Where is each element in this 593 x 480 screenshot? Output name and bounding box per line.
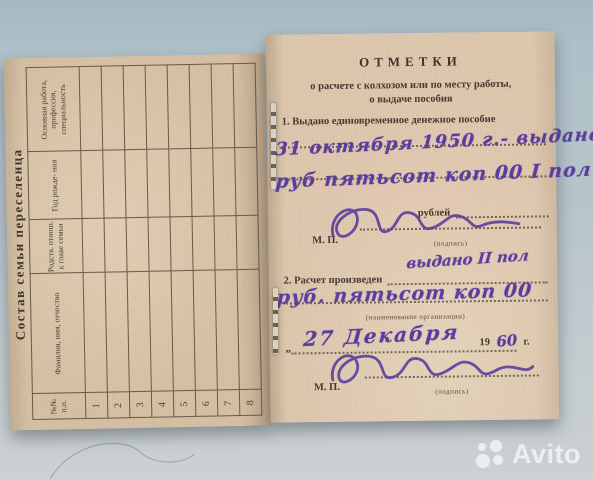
family-table: №№ п.п. Фамилия, имя, отчество Родств. о… [26, 63, 263, 420]
section1-label: 1. Выдано единовременное денежное пособи… [282, 114, 496, 128]
row-number: 1 [85, 393, 107, 419]
handwriting-date-issued: 31 октября 1950 г.- выдано [275, 124, 593, 160]
row-number: 6 [195, 390, 217, 416]
col-header-relation: Родств. отнош. к главе семьи [29, 219, 83, 274]
photo-canvas: Состав семьи переселенца №№ п.п. Фамилия… [0, 0, 593, 480]
signature-2 [324, 339, 540, 394]
avito-logo-icon [476, 440, 506, 470]
family-table-header-row: №№ п.п. Фамилия, имя, отчество Родств. о… [26, 67, 86, 420]
notes-subtitle-line1: о расчете с колхозом или по месту работы… [266, 78, 555, 93]
left-page: Состав семьи переселенца №№ п.п. Фамилия… [3, 54, 271, 431]
col-header-birth-year: Год рожде- ния [28, 151, 82, 220]
binding-stitch-bottom [273, 288, 278, 354]
row-number: 2 [107, 392, 129, 418]
col-header-number: №№ п.п. [32, 393, 85, 420]
notes-title: ОТМЕТКИ [266, 52, 555, 72]
family-table-rotated: Состав семьи переселенца №№ п.п. Фамилия… [3, 54, 270, 431]
notes-subtitle-line2: о выдаче пособия [266, 92, 555, 107]
avito-watermark-label: Avito [512, 439, 581, 470]
handwriting-amount-1: руб пятьсот коп 00 I пол [275, 159, 593, 193]
signature-1 [323, 192, 529, 253]
col-header-name: Фамилия, имя, отчество [30, 273, 85, 394]
stray-thread [40, 424, 200, 480]
row-number: 7 [217, 390, 239, 416]
binding-stitch-top [271, 103, 276, 189]
avito-watermark: Avito [476, 439, 581, 470]
row-number: 8 [239, 390, 261, 416]
row-number: 4 [151, 391, 173, 417]
col-header-occupation: Основная работа, профессия, специальност… [26, 67, 81, 152]
date-open-quote: „ [285, 342, 291, 354]
row-number: 5 [173, 391, 195, 417]
row-number: 3 [129, 392, 151, 418]
right-page: ОТМЕТКИ о расчете с колхозом или по мест… [266, 31, 560, 423]
